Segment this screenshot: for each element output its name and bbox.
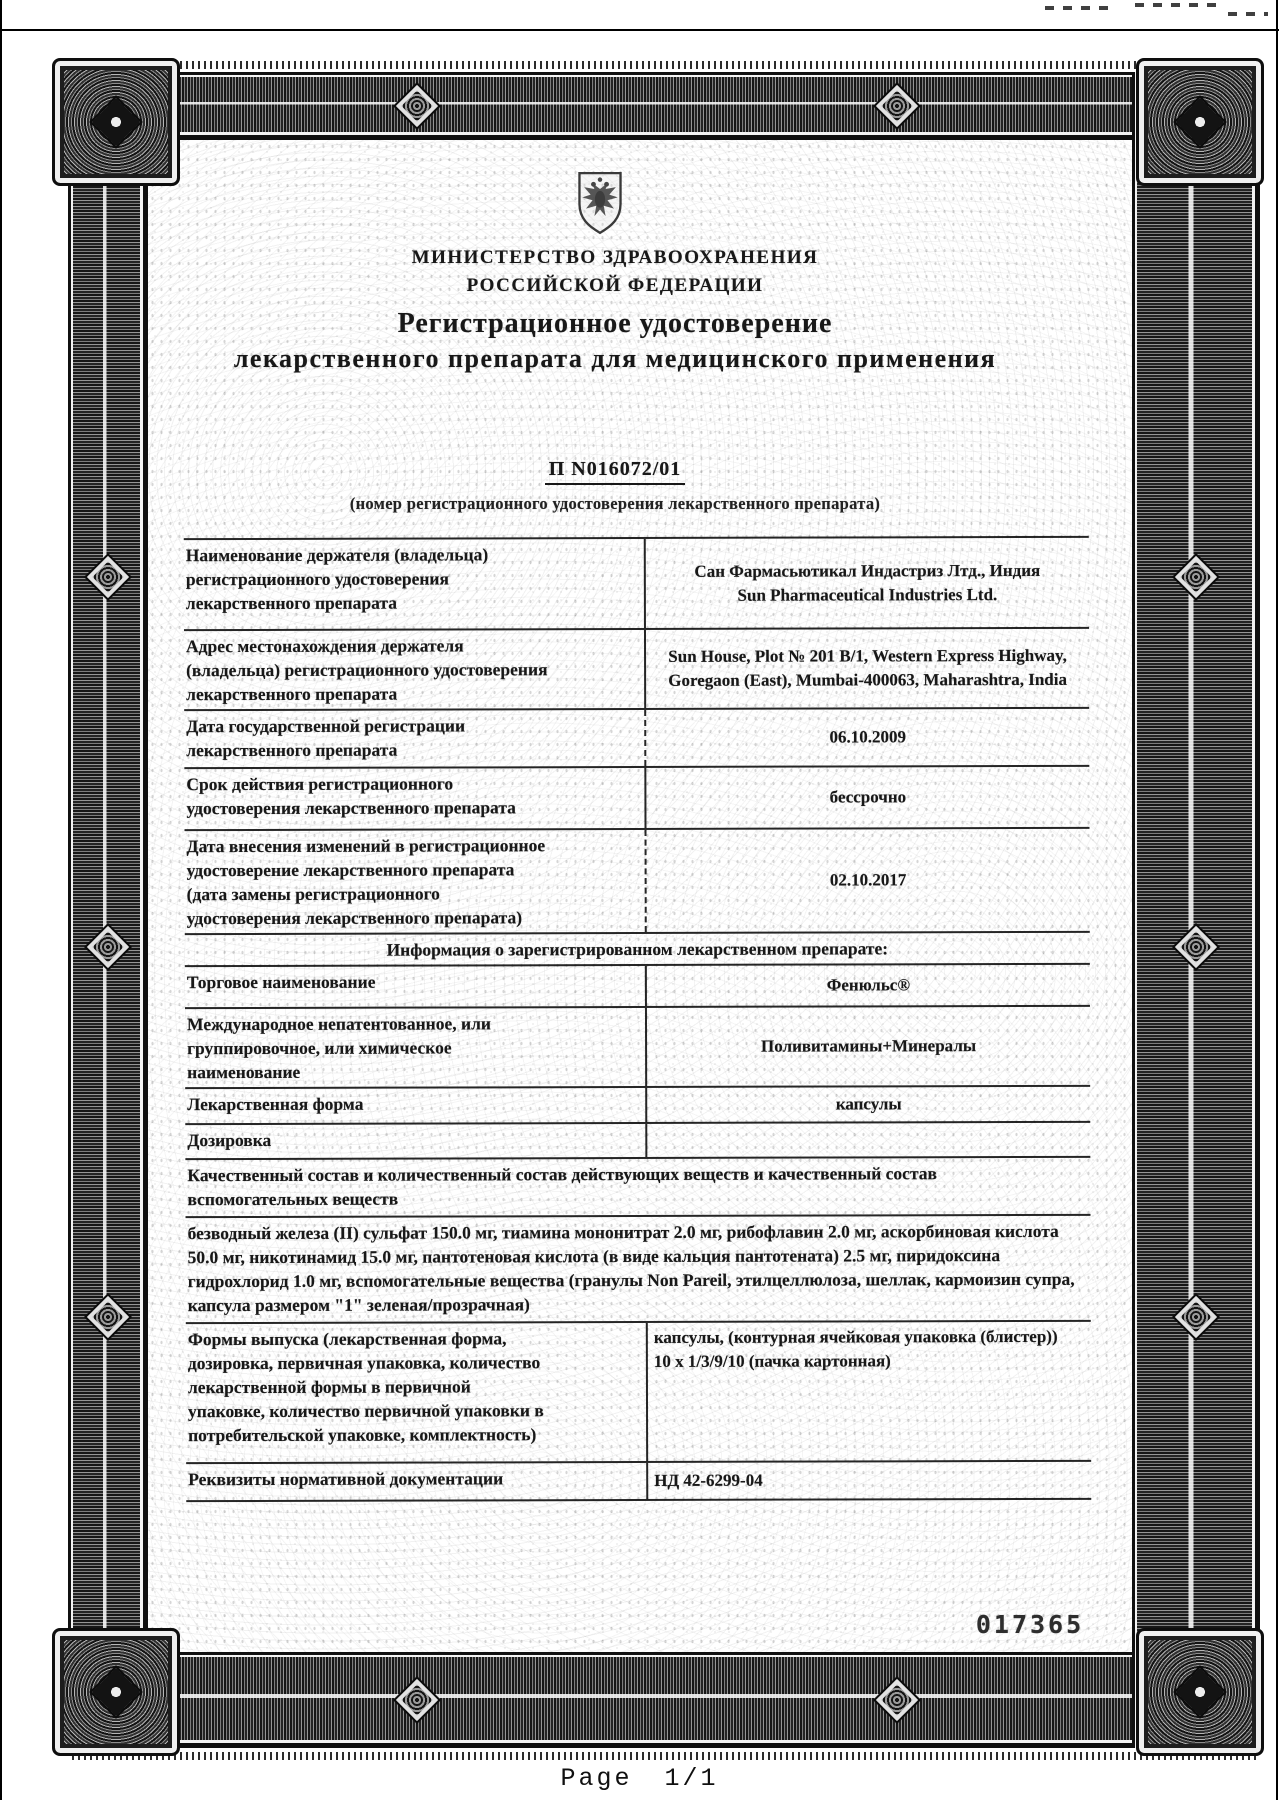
ornate-border-left xyxy=(68,72,148,1748)
row-holder-name-value: Сан Фармасьютикал Индастриз Лтд., Индия … xyxy=(644,538,1089,628)
row-inn-name-label: Международное непатентованное, или групп… xyxy=(185,1008,645,1087)
registration-number-value: П N016072/01 xyxy=(545,458,686,485)
row-holder-address: Адрес местонахождения держателя (владель… xyxy=(184,629,1089,711)
composition-header-text: Качественный состав и количественный сос… xyxy=(185,1158,1090,1216)
page-number-footer: Page 1/1 xyxy=(0,1764,1279,1793)
row-trade-name-value: Фенюльс® xyxy=(645,965,1090,1006)
scan-edge-line-top xyxy=(0,29,1279,31)
row-dosage-form-value: капсулы xyxy=(645,1087,1090,1122)
row-holder-name-label: Наименование держателя (владельца) регис… xyxy=(184,539,644,629)
certificate-table: Наименование держателя (владельца) регис… xyxy=(184,536,1092,1502)
row-normative-docs-label: Реквизиты нормативной документации xyxy=(186,1463,646,1500)
row-registration-date-label: Дата государственной регистрации лекарст… xyxy=(184,710,644,767)
scan-noise-dashes xyxy=(1135,3,1225,7)
row-normative-docs-value: НД 42-6299-04 xyxy=(646,1462,1091,1499)
row-normative-docs: Реквизиты нормативной документации НД 42… xyxy=(186,1462,1091,1502)
corner-ornament-top-right xyxy=(1136,58,1264,186)
row-trade-name: Торговое наименование Фенюльс® xyxy=(185,965,1090,1009)
row-inn-name-value: Поливитамины+Минералы xyxy=(645,1007,1090,1086)
ministry-header: МИНИСТЕРСТВО ЗДРАВООХРАНЕНИЯ РОССИЙСКОЙ … xyxy=(150,244,1080,300)
row-dosage-form: Лекарственная форма капсулы xyxy=(185,1087,1090,1125)
frame-tick-row-bottom xyxy=(72,1752,1258,1760)
ministry-line-2: РОССИЙСКОЙ ФЕДЕРАЦИИ xyxy=(150,272,1080,300)
row-inn-name: Международное непатентованное, или групп… xyxy=(185,1007,1090,1089)
row-validity-term-value: бессрочно xyxy=(644,767,1089,828)
ministry-line-1: МИНИСТЕРСТВО ЗДРАВООХРАНЕНИЯ xyxy=(150,244,1080,272)
corner-ornament-bottom-right xyxy=(1136,1628,1264,1756)
ornate-border-top xyxy=(68,72,1260,140)
row-release-forms: Формы выпуска (лекарственная форма, дози… xyxy=(186,1322,1091,1464)
row-release-forms-label: Формы выпуска (лекарственная форма, дози… xyxy=(186,1323,646,1462)
row-dosage-form-label: Лекарственная форма xyxy=(185,1088,645,1123)
ornate-border-bottom xyxy=(68,1652,1260,1748)
registration-number: П N016072/01 xyxy=(150,458,1080,485)
info-section-title: Информация о зарегистрированном лекарств… xyxy=(185,933,1090,965)
serial-number: 017365 xyxy=(940,1610,1120,1639)
row-amendment-date: Дата внесения изменений в регистрационно… xyxy=(185,829,1090,935)
certificate-scan-page: МИНИСТЕРСТВО ЗДРАВООХРАНЕНИЯ РОССИЙСКОЙ … xyxy=(0,0,1279,1800)
row-holder-address-label: Адрес местонахождения держателя (владель… xyxy=(184,630,644,709)
row-holder-address-value: Sun House, Plot № 201 B/1, Western Expre… xyxy=(644,629,1089,708)
scan-noise-dashes xyxy=(1045,6,1115,10)
row-release-forms-value: капсулы, (контурная ячейковая упаковка (… xyxy=(646,1322,1091,1461)
row-validity-term-label: Срок действия регистрационного удостовер… xyxy=(184,768,644,829)
row-holder-name: Наименование держателя (владельца) регис… xyxy=(184,538,1089,631)
row-trade-name-label: Торговое наименование xyxy=(185,966,645,1007)
row-registration-date-value: 06.10.2009 xyxy=(644,709,1089,766)
row-dosage-value xyxy=(645,1123,1090,1157)
row-info-section-header: Информация о зарегистрированном лекарств… xyxy=(185,933,1090,967)
registration-number-caption: (номер регистрационного удостоверения ле… xyxy=(150,494,1080,514)
row-dosage: Дозировка xyxy=(185,1123,1090,1160)
document-title: Регистрационное удостоверение лекарствен… xyxy=(150,306,1080,376)
title-line-1: Регистрационное удостоверение xyxy=(150,306,1080,342)
coat-of-arms-icon xyxy=(572,170,628,236)
scan-edge-line-right xyxy=(1276,0,1278,1800)
row-dosage-label: Дозировка xyxy=(185,1124,645,1158)
row-registration-date: Дата государственной регистрации лекарст… xyxy=(184,709,1089,769)
scan-noise-dashes xyxy=(1228,12,1268,16)
row-composition-body: безводный железа (II) сульфат 150.0 мг, … xyxy=(186,1216,1091,1324)
corner-ornament-top-left xyxy=(52,58,180,186)
row-composition-header: Качественный состав и количественный сос… xyxy=(185,1158,1090,1218)
frame-tick-row-top xyxy=(72,61,1258,69)
title-line-2: лекарственного препарата для медицинског… xyxy=(150,342,1080,376)
scan-edge-line-left xyxy=(0,0,2,1800)
row-validity-term: Срок действия регистрационного удостовер… xyxy=(184,767,1089,831)
row-amendment-date-value: 02.10.2017 xyxy=(645,829,1090,932)
ornate-border-right xyxy=(1132,72,1260,1748)
composition-body-text: безводный железа (II) сульфат 150.0 мг, … xyxy=(186,1216,1091,1322)
corner-ornament-bottom-left xyxy=(52,1628,180,1756)
row-amendment-date-label: Дата внесения изменений в регистрационно… xyxy=(185,830,645,933)
